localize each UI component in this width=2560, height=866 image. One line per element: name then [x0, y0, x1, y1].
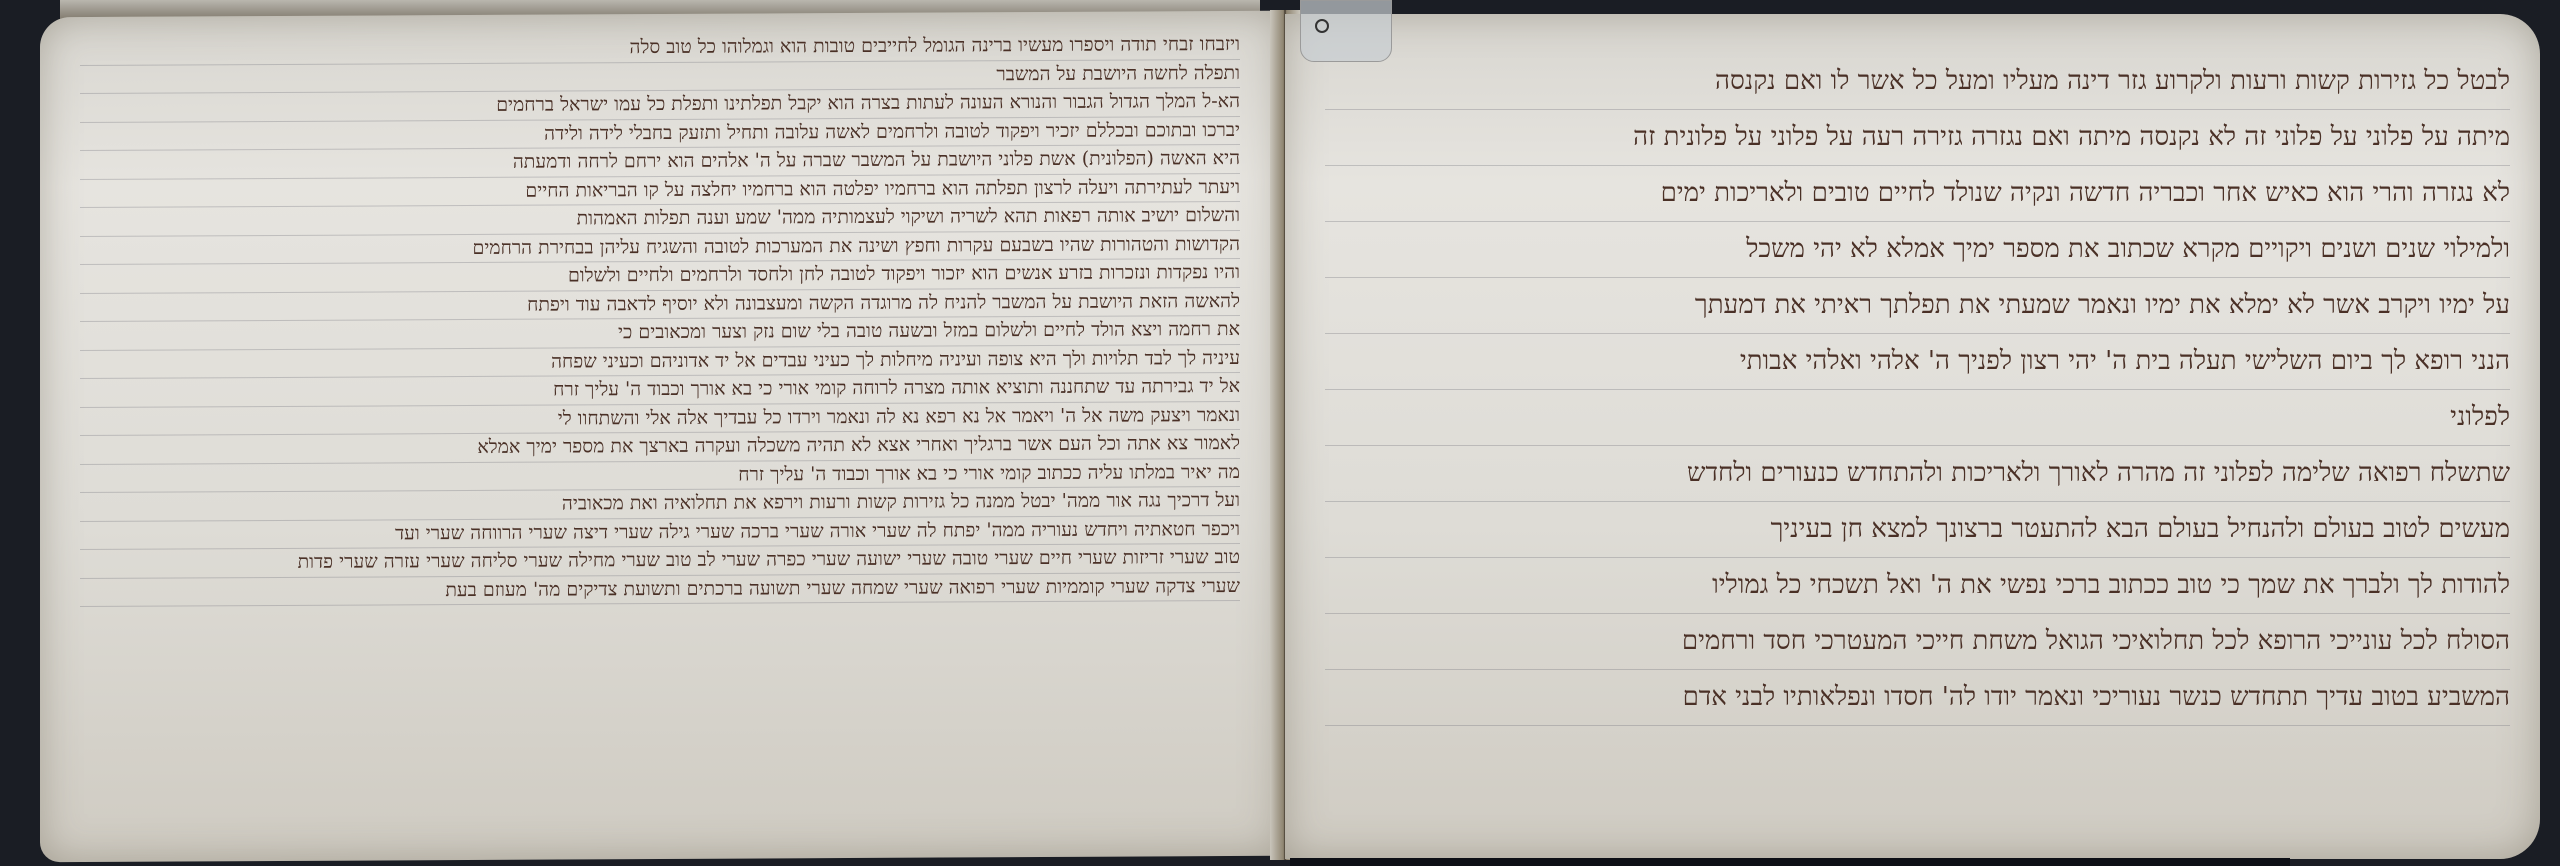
manuscript-line: המשביע בטוב עדיך תתחדש כנשר נעוריכי ונאמ…	[1325, 670, 2510, 726]
open-manuscript-book: ויזבחו זבחי תודה ויספרו מעשיו ברינה הגומ…	[0, 0, 2560, 866]
manuscript-line: לפלוני	[1325, 390, 2510, 446]
manuscript-line: הנני רופא לך ביום השלישי תעלה בית ה' יהי…	[1325, 334, 2510, 390]
manuscript-line: על ימיו ויקרב אשר לא ימלא את ימיו ונאמר …	[1325, 278, 2510, 334]
bottom-shadow	[1290, 858, 2290, 866]
manuscript-line: שערי צדקה שערי קוממיות שערי רפואה שערי ש…	[80, 572, 1240, 607]
left-page: ויזבחו זבחי תודה ויספרו מעשיו ברינה הגומ…	[40, 11, 1280, 862]
manuscript-line: ולמילוי שנים ושנים ויקויים מקרא שכתוב את…	[1325, 222, 2510, 278]
right-page-text: לבטל כל גזירות קשות ורעות ולקרוע גזר דינ…	[1325, 54, 2510, 726]
left-page-text: ויזבחו זבחי תודה ויספרו מעשיו ברינה הגומ…	[80, 31, 1240, 607]
right-page: לבטל כל גזירות קשות ורעות ולקרוע גזר דינ…	[1285, 14, 2540, 859]
manuscript-line: שתשלח רפואה שלימה לפלוני זה מהרה לאורך ו…	[1325, 446, 2510, 502]
page-tab-clip	[1300, 0, 1392, 62]
manuscript-line: להודות לך ולברך את שמך כי טוב ככתוב ברכי…	[1325, 558, 2510, 614]
manuscript-line: הסולח לכל עונייכי הרופא לכל תחלואיכי הגו…	[1325, 614, 2510, 670]
manuscript-line: לא נגזרה והרי הוא כאיש אחר וכבריה חדשה ו…	[1325, 166, 2510, 222]
ring-icon	[1315, 19, 1329, 33]
manuscript-line: מעשים לטוב בעולם ולהנחיל בעולם הבא להתעט…	[1325, 502, 2510, 558]
manuscript-line: לבטל כל גזירות קשות ורעות ולקרוע גזר דינ…	[1325, 54, 2510, 110]
manuscript-line: מיתה על פלוני על פלוני זה לא נקנסה מיתה …	[1325, 110, 2510, 166]
